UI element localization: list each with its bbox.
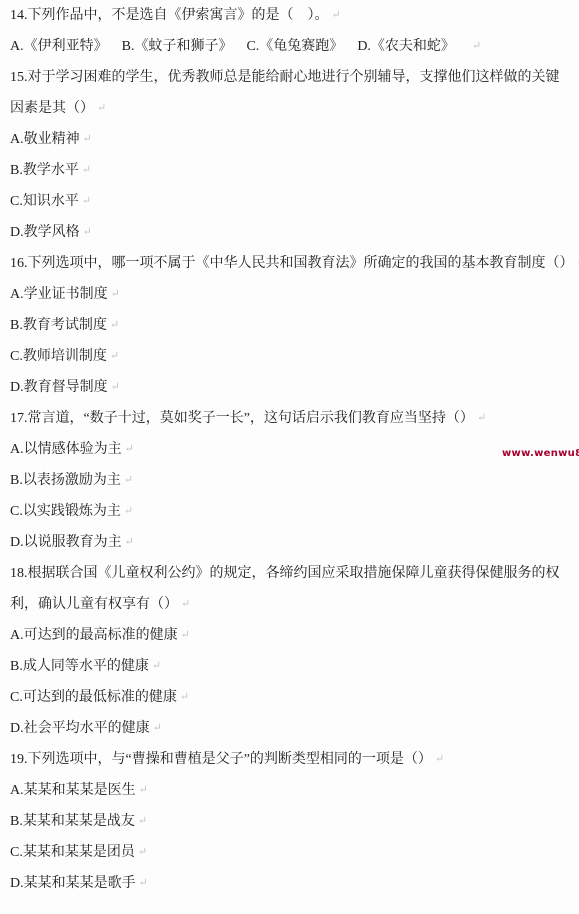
paragraph-mark-icon: ↵	[180, 691, 189, 703]
option-text: A.以情感体验为主	[10, 442, 122, 457]
watermark: www.wenwu8.c	[502, 448, 579, 459]
paragraph-mark-icon: ↵	[82, 195, 91, 207]
option-item: D.《农夫和蛇》	[357, 39, 455, 54]
paragraph-mark-icon: ↵	[111, 381, 120, 393]
question-stem-text: 19.下列选项中，与“曹操和曹植是父子”的判断类型相同的一项是（）	[10, 752, 432, 767]
question-stem-text: 14.下列作品中，不是选自《伊索寓言》的是（ ）。	[10, 8, 329, 23]
paragraph-mark-icon: ↵	[181, 629, 190, 641]
option-item: C.《龟兔赛跑》	[246, 39, 343, 54]
paragraph-mark-icon: ↵	[124, 474, 133, 486]
paragraph-mark-icon: ↵	[125, 536, 134, 548]
option-text: C.教师培训制度	[10, 349, 107, 364]
option-item: B.教学水平↵	[10, 155, 579, 186]
option-item: D.教学风格↵	[10, 217, 579, 248]
option-item: C.以实践锻炼为主↵	[10, 496, 579, 527]
question-stem-continued: 利，确认儿童有权享有（）↵	[10, 589, 579, 620]
question-stem-text: 18.根据联合国《儿童权利公约》的规定，各缔约国应采取措施保障儿童获得保健服务的…	[10, 566, 560, 581]
question-stem-text: 因素是其（）	[10, 101, 94, 116]
paragraph-mark-icon: ↵	[110, 319, 119, 331]
option-item: A.学业证书制度↵	[10, 279, 579, 310]
option-item: C.某某和某某是团员↵	[10, 837, 579, 868]
question-options-inline: A.《伊利亚特》B.《蚊子和狮子》C.《龟兔赛跑》D.《农夫和蛇》↵	[10, 31, 579, 62]
option-item: D.以说服教育为主↵	[10, 527, 579, 558]
paragraph-mark-icon: ↵	[97, 102, 106, 114]
option-item: A.敬业精神↵	[10, 124, 579, 155]
paragraph-mark-icon: ↵	[139, 784, 148, 796]
option-text: B.教育考试制度	[10, 318, 107, 333]
option-text: B.教学水平	[10, 163, 79, 178]
option-item: B.教育考试制度↵	[10, 310, 579, 341]
option-text: D.某某和某某是歌手	[10, 876, 136, 891]
option-item: A.可达到的最高标准的健康↵	[10, 620, 579, 651]
option-text: B.成人同等水平的健康	[10, 659, 149, 674]
option-text: D.社会平均水平的健康	[10, 721, 150, 736]
paragraph-mark-icon: ↵	[111, 288, 120, 300]
paragraph-mark-icon: ↵	[110, 350, 119, 362]
question-stem: 14.下列作品中，不是选自《伊索寓言》的是（ ）。↵	[10, 0, 579, 31]
paragraph-mark-icon: ↵	[152, 660, 161, 672]
option-item: A.某某和某某是医生↵	[10, 775, 579, 806]
option-text: C.以实践锻炼为主	[10, 504, 121, 519]
paragraph-mark-icon: ↵	[125, 443, 134, 455]
option-text: A.敬业精神	[10, 132, 80, 147]
option-text: B.以表扬激励为主	[10, 473, 121, 488]
option-item: C.教师培训制度↵	[10, 341, 579, 372]
option-text: D.以说服教育为主	[10, 535, 122, 550]
question-stem-continued: 因素是其（）↵	[10, 93, 579, 124]
option-item: B.《蚊子和狮子》	[122, 39, 233, 54]
paragraph-mark-icon: ↵	[435, 753, 444, 765]
option-item: D.教育督导制度↵	[10, 372, 579, 403]
option-text: C.知识水平	[10, 194, 79, 209]
question-stem: 18.根据联合国《儿童权利公约》的规定，各缔约国应采取措施保障儿童获得保健服务的…	[10, 558, 579, 589]
question-stem-text: 利，确认儿童有权享有（）	[10, 597, 178, 612]
option-item: B.某某和某某是战友↵	[10, 806, 579, 837]
paragraph-mark-icon: ↵	[153, 722, 162, 734]
option-text: A.可达到的最高标准的健康	[10, 628, 178, 643]
paragraph-mark-icon: ↵	[181, 598, 190, 610]
question-stem: 16.下列选项中，哪一项不属于《中华人民共和国教育法》所确定的我国的基本教育制度…	[10, 248, 579, 279]
question-stem-text: 15.对于学习困难的学生，优秀教师总是能给耐心地进行个别辅导，支撑他们这样做的关…	[10, 70, 560, 85]
option-item: A.《伊利亚特》	[10, 39, 108, 54]
paragraph-mark-icon: ↵	[139, 877, 148, 889]
option-text: B.某某和某某是战友	[10, 814, 135, 829]
option-text: A.某某和某某是医生	[10, 783, 136, 798]
option-text: D.教育督导制度	[10, 380, 108, 395]
question-stem-text: 16.下列选项中，哪一项不属于《中华人民共和国教育法》所确定的我国的基本教育制度…	[10, 256, 574, 271]
option-item: C.知识水平↵	[10, 186, 579, 217]
option-item: A.以情感体验为主↵	[10, 434, 579, 465]
option-text: C.某某和某某是团员	[10, 845, 135, 860]
option-item: C.可达到的最低标准的健康↵	[10, 682, 579, 713]
exam-document: 14.下列作品中，不是选自《伊索寓言》的是（ ）。↵ A.《伊利亚特》B.《蚊子…	[0, 0, 579, 914]
option-item: B.成人同等水平的健康↵	[10, 651, 579, 682]
paragraph-mark-icon: ↵	[83, 226, 92, 238]
paragraph-mark-icon: ↵	[477, 412, 486, 424]
question-stem: 17.常言道，“数子十过，莫如奖子一长”，这句话启示我们教育应当坚持（）↵	[10, 403, 579, 434]
paragraph-mark-icon: ↵	[472, 40, 481, 52]
paragraph-mark-icon: ↵	[332, 9, 341, 21]
option-item: B.以表扬激励为主↵	[10, 465, 579, 496]
question-stem-text: 17.常言道，“数子十过，莫如奖子一长”，这句话启示我们教育应当坚持（）	[10, 411, 474, 426]
option-text: D.教学风格	[10, 225, 80, 240]
paragraph-mark-icon: ↵	[138, 846, 147, 858]
paragraph-mark-icon: ↵	[124, 505, 133, 517]
question-stem: 15.对于学习困难的学生，优秀教师总是能给耐心地进行个别辅导，支撑他们这样做的关…	[10, 62, 579, 93]
option-text: C.可达到的最低标准的健康	[10, 690, 177, 705]
question-stem: 19.下列选项中，与“曹操和曹植是父子”的判断类型相同的一项是（）↵	[10, 744, 579, 775]
option-item: D.社会平均水平的健康↵	[10, 713, 579, 744]
paragraph-mark-icon: ↵	[83, 133, 92, 145]
paragraph-mark-icon: ↵	[82, 164, 91, 176]
option-item: D.某某和某某是歌手↵	[10, 868, 579, 899]
option-text: A.学业证书制度	[10, 287, 108, 302]
paragraph-mark-icon: ↵	[138, 815, 147, 827]
